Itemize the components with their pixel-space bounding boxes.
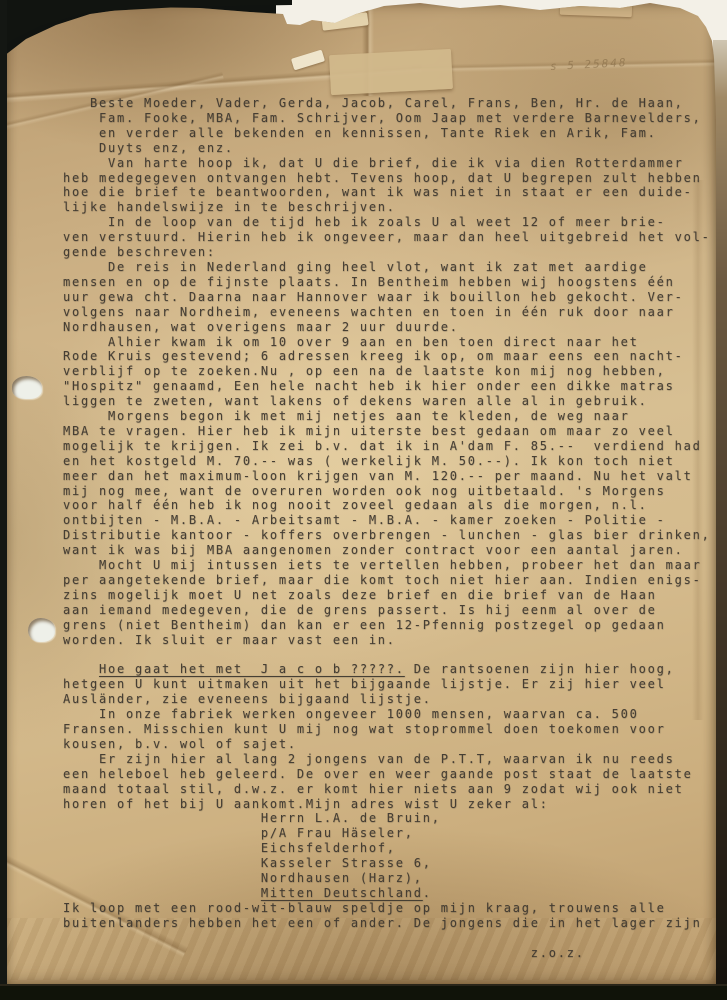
line-segment: mensen en op de fijnste plaats. In Benth… <box>63 275 675 289</box>
line-segment: volgens naar Nordheim, eveneens wachten … <box>63 305 675 319</box>
line-segment: MBA te vragen. Hier heb ik mijn uiterste… <box>63 424 675 438</box>
line-segment: Mocht U mij intussen iets te vertellen h… <box>63 558 702 572</box>
text-line: zins mogelijk moet U net zoals deze brie… <box>63 588 723 603</box>
line-segment: per aangetekende brief, maar die komt to… <box>63 573 702 587</box>
text-line: hetgeen U kunt uitmaken uit het bijgaand… <box>63 677 723 692</box>
text-line: verblijf op te zoeken.Nu , op een na de … <box>63 364 723 379</box>
text-line: Nordhausen, wat overigens maar 2 uur duu… <box>63 320 723 335</box>
text-line <box>63 931 723 946</box>
line-segment: mogelijk te krijgen. Ik zei b.v. dat ik … <box>63 439 702 453</box>
underlined-phrase: Hoe gaat het met J a c o b ?????. <box>99 662 405 676</box>
line-segment: buitenlanders hebben het een of ander. D… <box>63 916 702 930</box>
line-segment: "Hospitz" genaamd, Een hele nacht heb ik… <box>63 379 675 393</box>
text-line: meer dan het maximum-loon krijgen van M.… <box>63 469 723 484</box>
text-line: per aangetekende brief, maar die komt to… <box>63 573 723 588</box>
text-line: grens (niet Bentheim) dan kan er een 12-… <box>63 618 723 633</box>
paper-hole-upper <box>12 376 42 399</box>
text-line: Hoe gaat het met J a c o b ?????. De ran… <box>63 662 723 677</box>
line-segment: heb medegegeven ontvangen hebt. Tevens h… <box>63 171 702 185</box>
line-segment: Van harte hoop ik, dat U die brief, die … <box>63 156 684 170</box>
line-segment: hetgeen U kunt uitmaken uit het bijgaand… <box>63 677 666 691</box>
line-segment: De reis in Nederland ging heel vlot, wan… <box>63 260 648 274</box>
text-line: voor half één heb ik nog nooit zoveel ge… <box>63 498 723 513</box>
text-line: Eichsfelderhof, <box>63 841 723 856</box>
paper-fold-flap <box>329 49 453 95</box>
line-segment: verblijf op te zoeken.Nu , op een na de … <box>63 364 666 378</box>
text-line: uur gewa cht. Daarna naar Hannover waar … <box>63 290 723 305</box>
line-segment: horen of het bij U aankomt.Mijn adres wi… <box>63 797 549 811</box>
underlined-phrase: Mitten Deutschland <box>261 886 423 900</box>
text-line: Distributie kantoor - koffers overbrenge… <box>63 528 723 543</box>
line-segment: Eichsfelderhof, <box>63 841 396 855</box>
text-line: Beste Moeder, Vader, Gerda, Jacob, Carel… <box>63 96 723 111</box>
text-line: Duyts enz, enz. <box>63 141 723 156</box>
line-segment: z.o.z. <box>63 946 585 960</box>
text-line: buitenlanders hebben het een of ander. D… <box>63 916 723 931</box>
text-line: Alhier kwam ik om 10 over 9 aan en ben t… <box>63 335 723 350</box>
text-line: en verder alle bekenden en kennissen, Ta… <box>63 126 723 141</box>
line-segment: Herrn L.A. de Bruin, <box>63 811 441 825</box>
text-line: mogelijk te krijgen. Ik zei b.v. dat ik … <box>63 439 723 454</box>
text-line: Er zijn hier al lang 2 jongens van de P.… <box>63 752 723 767</box>
handwritten-annotation: s 5 25848 <box>550 56 628 73</box>
line-segment: Ausländer, zie eveneens bijgaand lijstje… <box>63 692 432 706</box>
line-segment: meer dan het maximum-loon krijgen van M.… <box>63 469 693 483</box>
line-segment: gende beschreven: <box>63 245 216 259</box>
line-segment: kousen, b.v. wol of sajet. <box>63 737 297 751</box>
text-line: "Hospitz" genaamd, Een hele nacht heb ik… <box>63 379 723 394</box>
line-segment: In onze fabriek werken ongeveer 1000 men… <box>63 707 639 721</box>
line-segment: Beste Moeder, Vader, Gerda, Jacob, Carel… <box>63 96 684 110</box>
text-line: volgens naar Nordheim, eveneens wachten … <box>63 305 723 320</box>
line-segment: . <box>423 886 432 900</box>
text-line: In onze fabriek werken ongeveer 1000 men… <box>63 707 723 722</box>
line-segment: Fam. Fooke, MBA, Fam. Schrijver, Oom Jaa… <box>63 111 702 125</box>
line-segment: grens (niet Bentheim) dan kan er een 12-… <box>63 618 666 632</box>
text-line: In de loop van de tijd heb ik zoals U al… <box>63 215 723 230</box>
text-line: een heleboel heb geleerd. De over en wee… <box>63 767 723 782</box>
text-line: Herrn L.A. de Bruin, <box>63 811 723 826</box>
text-line: Kasseler Strasse 6, <box>63 856 723 871</box>
line-segment: en het kostgeld M. 70.-- was ( werkelijk… <box>63 454 675 468</box>
text-line: ontbijten - M.B.A. - Arbeitsamt - M.B.A.… <box>63 513 723 528</box>
text-line: en het kostgeld M. 70.-- was ( werkelijk… <box>63 454 723 469</box>
line-segment <box>63 662 99 676</box>
text-line: heb medegegeven ontvangen hebt. Tevens h… <box>63 171 723 186</box>
text-line: z.o.z. <box>63 946 723 961</box>
paper-hole-lower <box>28 618 55 642</box>
text-line: aan iemand medegeven, die de grens passe… <box>63 603 723 618</box>
text-line: MBA te vragen. Hier heb ik mijn uiterste… <box>63 424 723 439</box>
text-line: Fam. Fooke, MBA, Fam. Schrijver, Oom Jaa… <box>63 111 723 126</box>
line-segment: Distributie kantoor - koffers overbrenge… <box>63 528 711 542</box>
text-line: Ausländer, zie eveneens bijgaand lijstje… <box>63 692 723 707</box>
line-segment: Er zijn hier al lang 2 jongens van de P.… <box>63 752 675 766</box>
text-line: mensen en op de fijnste plaats. In Benth… <box>63 275 723 290</box>
text-line: Van harte hoop ik, dat U die brief, die … <box>63 156 723 171</box>
text-line: maand totaal stil, d.w.z. er komt hier n… <box>63 782 723 797</box>
line-segment: ven verstuurd. Hierin heb ik ongeveer, m… <box>63 230 711 244</box>
line-segment: lijke handelswijze in te beschrijven. <box>63 200 396 214</box>
text-line: De reis in Nederland ging heel vlot, wan… <box>63 260 723 275</box>
line-segment: maand totaal stil, d.w.z. er komt hier n… <box>63 782 684 796</box>
text-line: Mitten Deutschland. <box>63 886 723 901</box>
line-segment: voor half één heb ik nog nooit zoveel ge… <box>63 498 648 512</box>
line-segment: p/A Frau Häseler, <box>63 826 414 840</box>
scan-frame-bottom <box>0 984 727 1000</box>
line-segment: Rode Kruis gestevend; 6 adressen kreeg i… <box>63 349 684 363</box>
text-line: hoe die brief te beantwoorden, want ik w… <box>63 185 723 200</box>
line-segment: Ik loop met een rood-wit-blauw speldje o… <box>63 901 666 915</box>
line-segment: worden. Ik sluit er maar vast een in. <box>63 633 396 647</box>
line-segment: liggen te zweten, want lakens of dekens … <box>63 394 648 408</box>
line-segment: In de loop van de tijd heb ik zoals U al… <box>63 215 666 229</box>
line-segment: een heleboel heb geleerd. De over en wee… <box>63 767 693 781</box>
letter-text: Beste Moeder, Vader, Gerda, Jacob, Carel… <box>63 96 723 961</box>
text-line: gende beschreven: <box>63 245 723 260</box>
tape-fragment <box>291 50 325 71</box>
scanned-letter: s 5 25848 Beste Moeder, Vader, Gerda, Ja… <box>0 0 727 1000</box>
line-segment: zins mogelijk moet U net zoals deze brie… <box>63 588 657 602</box>
line-segment: Duyts enz, enz. <box>63 141 234 155</box>
text-line: liggen te zweten, want lakens of dekens … <box>63 394 723 409</box>
line-segment: Alhier kwam ik om 10 over 9 aan en ben t… <box>63 335 639 349</box>
text-line: Fransen. Misschien kunt U mij nog wat st… <box>63 722 723 737</box>
text-line: Morgens begon ik met mij netjes aan te k… <box>63 409 723 424</box>
line-segment: Kasseler Strasse 6, <box>63 856 432 870</box>
text-line: Ik loop met een rood-wit-blauw speldje o… <box>63 901 723 916</box>
text-line: Mocht U mij intussen iets te vertellen h… <box>63 558 723 573</box>
line-segment: Fransen. Misschien kunt U mij nog wat st… <box>63 722 666 736</box>
text-line <box>63 648 723 663</box>
line-segment: ontbijten - M.B.A. - Arbeitsamt - M.B.A.… <box>63 513 666 527</box>
text-line: kousen, b.v. wol of sajet. <box>63 737 723 752</box>
letter-page: s 5 25848 Beste Moeder, Vader, Gerda, Ja… <box>4 0 716 986</box>
text-line: p/A Frau Häseler, <box>63 826 723 841</box>
line-segment: en verder alle bekenden en kennissen, Ta… <box>63 126 657 140</box>
text-line: worden. Ik sluit er maar vast een in. <box>63 633 723 648</box>
line-segment: mij nog mee, want de overuren worden ook… <box>63 484 666 498</box>
line-segment: Morgens begon ik met mij netjes aan te k… <box>63 409 630 423</box>
line-segment: want ik was bij MBA aangenomen zonder co… <box>63 543 684 557</box>
text-line: ven verstuurd. Hierin heb ik ongeveer, m… <box>63 230 723 245</box>
line-segment: hoe die brief te beantwoorden, want ik w… <box>63 185 693 199</box>
line-segment: Nordhausen, wat overigens maar 2 uur duu… <box>63 320 459 334</box>
text-line: want ik was bij MBA aangenomen zonder co… <box>63 543 723 558</box>
line-segment: aan iemand medegeven, die de grens passe… <box>63 603 657 617</box>
text-line: lijke handelswijze in te beschrijven. <box>63 200 723 215</box>
line-segment: De rantsoenen zijn hier hoog, <box>405 662 675 676</box>
text-line: Rode Kruis gestevend; 6 adressen kreeg i… <box>63 349 723 364</box>
scan-frame-left <box>0 0 7 1000</box>
text-line: horen of het bij U aankomt.Mijn adres wi… <box>63 797 723 812</box>
line-segment <box>63 886 261 900</box>
text-line: Nordhausen (Harz), <box>63 871 723 886</box>
line-segment: Nordhausen (Harz), <box>63 871 423 885</box>
line-segment: uur gewa cht. Daarna naar Hannover waar … <box>63 290 684 304</box>
text-line: mij nog mee, want de overuren worden ook… <box>63 484 723 499</box>
